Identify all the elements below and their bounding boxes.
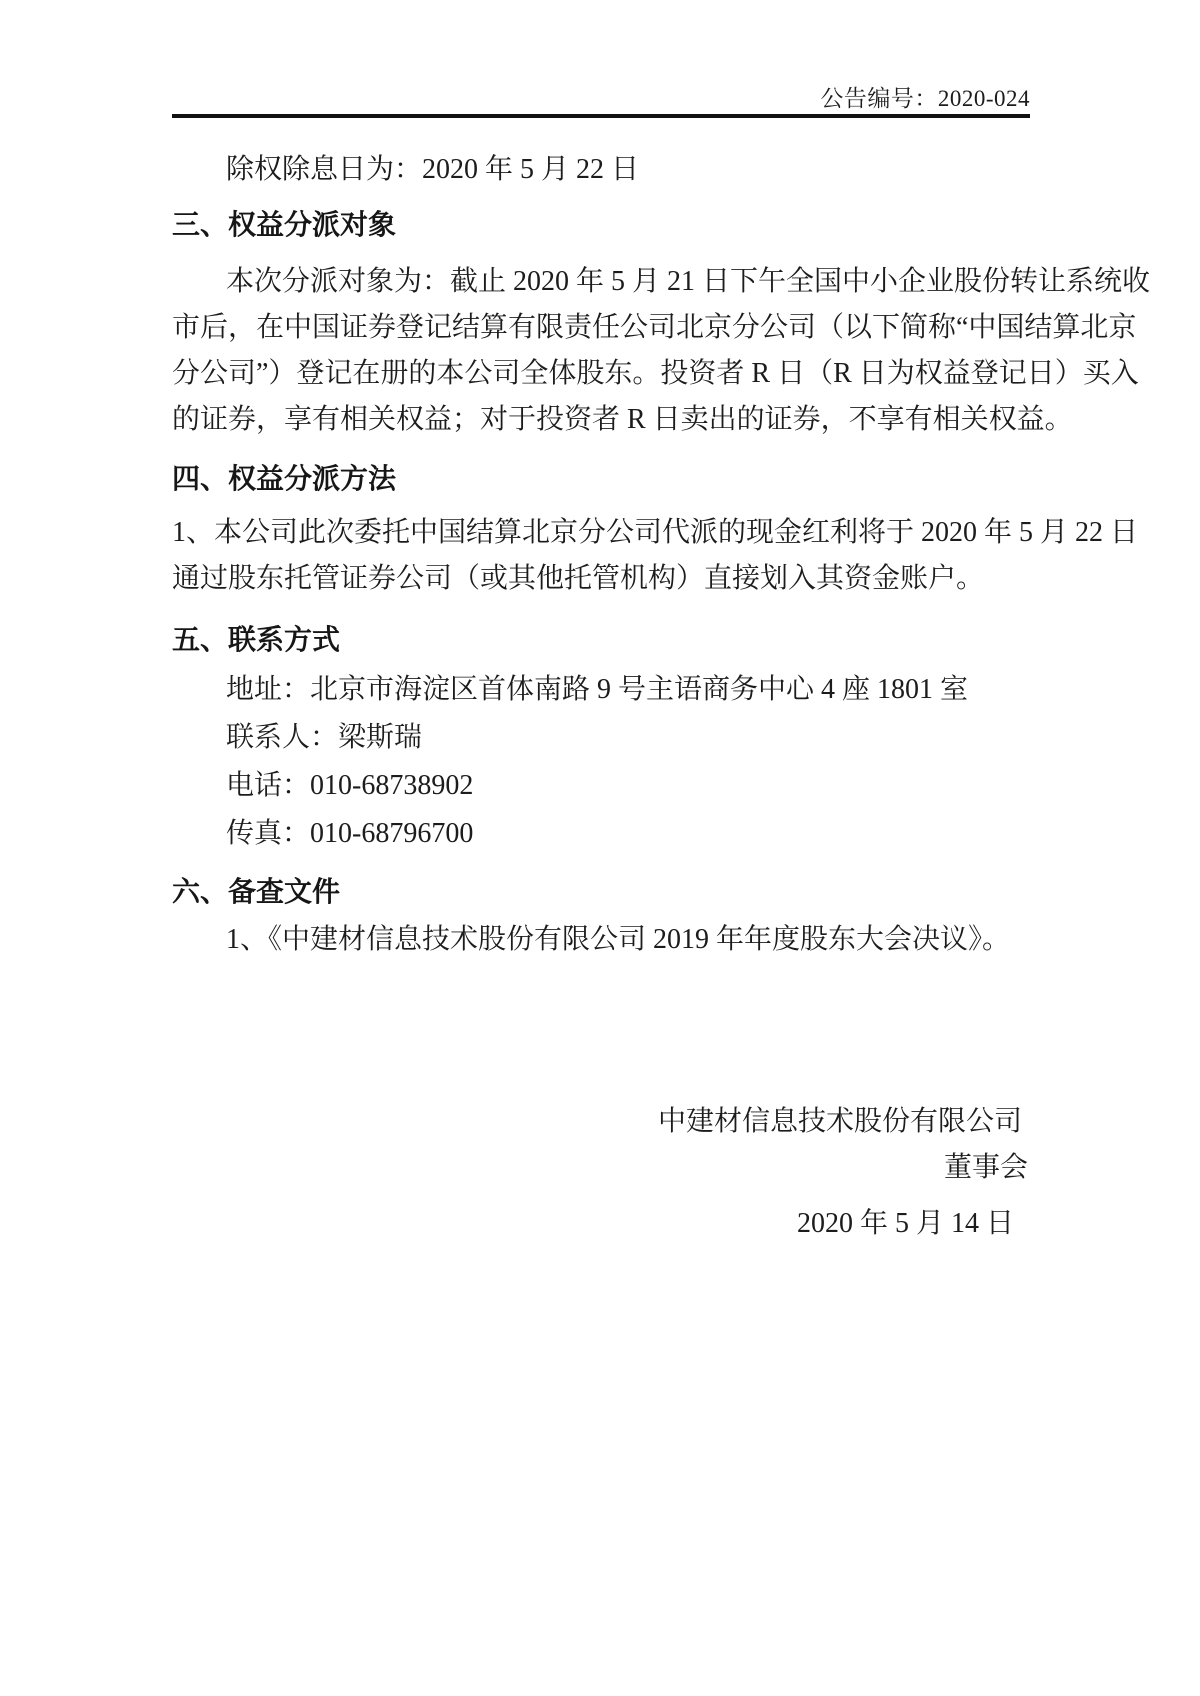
section3-line: 的证券，享有相关权益；对于投资者 R 日卖出的证券，不享有相关权益。 bbox=[172, 397, 1030, 443]
section4-line: 1、本公司此次委托中国结算北京分公司代派的现金红利将于 2020 年 5 月 2… bbox=[172, 510, 1030, 556]
contact-person-line: 联系人：梁斯瑞 bbox=[172, 714, 1030, 762]
contact-address-line: 地址：北京市海淀区首体南路 9 号主语商务中心 4 座 1801 室 bbox=[172, 666, 1030, 714]
section6-paragraph: 1、《中建材信息技术股份有限公司 2019 年年度股东大会决议》。 bbox=[172, 917, 1030, 963]
section4-heading: 四、权益分派方法 bbox=[172, 456, 1030, 502]
signature-company-name: 中建材信息技术股份有限公司 bbox=[172, 1099, 1030, 1145]
signature-date: 2020 年 5 月 14 日 bbox=[172, 1201, 1030, 1247]
contact-phone-line: 电话：010-68738902 bbox=[172, 762, 1030, 810]
section4-paragraph: 1、本公司此次委托中国结算北京分公司代派的现金红利将于 2020 年 5 月 2… bbox=[172, 510, 1030, 602]
section6-heading: 六、备查文件 bbox=[172, 869, 1030, 915]
signature-board-of-directors: 董事会 bbox=[172, 1145, 1030, 1191]
signature-block: 中建材信息技术股份有限公司 董事会 2020 年 5 月 14 日 bbox=[172, 1099, 1030, 1247]
contact-fax-line: 传真：010-68796700 bbox=[172, 810, 1030, 858]
section3-line: 市后，在中国证券登记结算有限责任公司北京分公司（以下简称“中国结算北京 bbox=[172, 305, 1030, 351]
document-page: 公告编号：2020-024 除权除息日为：2020 年 5 月 22 日 三、权… bbox=[0, 0, 1200, 1696]
section5-heading: 五、联系方式 bbox=[172, 617, 1030, 663]
header-rule bbox=[172, 114, 1030, 118]
section3-heading: 三、权益分派对象 bbox=[172, 202, 1030, 248]
section3-line: 本次分派对象为：截止 2020 年 5 月 21 日下午全国中小企业股份转让系统… bbox=[172, 259, 1030, 305]
section3-line: 分公司”）登记在册的本公司全体股东。投资者 R 日（R 日为权益登记日）买入 bbox=[172, 351, 1030, 397]
ex-dividend-date-line: 除权除息日为：2020 年 5 月 22 日 bbox=[172, 147, 1030, 193]
announcement-number: 公告编号：2020-024 bbox=[172, 84, 1030, 114]
reference-document-line: 1、《中建材信息技术股份有限公司 2019 年年度股东大会决议》。 bbox=[172, 917, 1030, 963]
section4-line: 通过股东托管证券公司（或其他托管机构）直接划入其资金账户。 bbox=[172, 556, 1030, 602]
section3-paragraph: 本次分派对象为：截止 2020 年 5 月 21 日下午全国中小企业股份转让系统… bbox=[172, 259, 1030, 443]
section5-contact-list: 地址：北京市海淀区首体南路 9 号主语商务中心 4 座 1801 室 联系人：梁… bbox=[172, 666, 1030, 858]
